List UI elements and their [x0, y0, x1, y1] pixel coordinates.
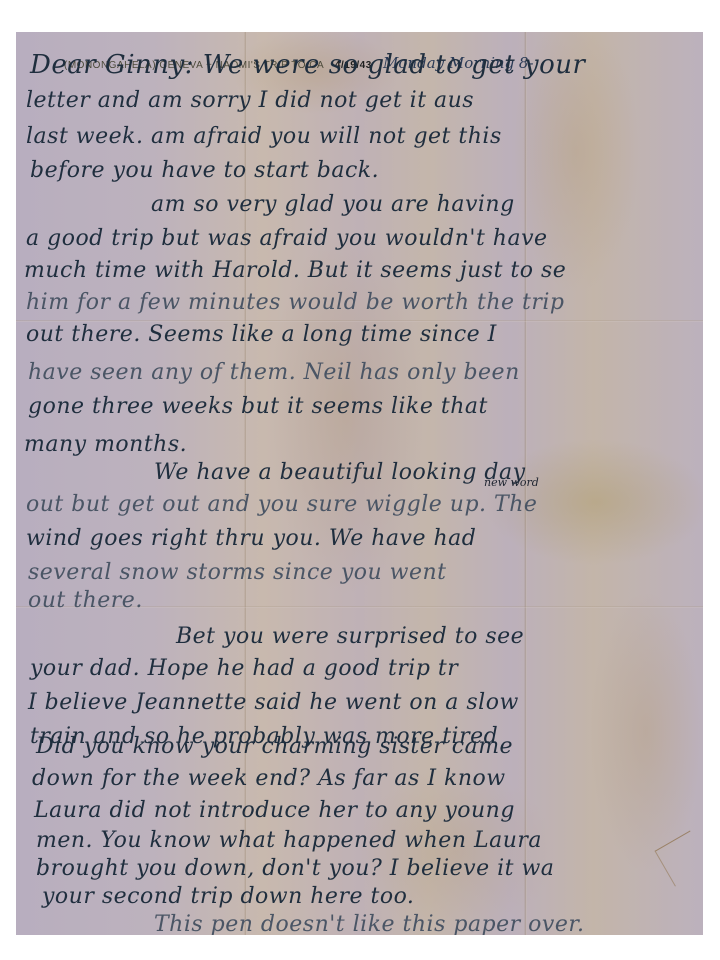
- letter-line: Bet you were surprised to see: [176, 624, 524, 649]
- letter-line: gone three weeks but it seems like that: [28, 394, 488, 419]
- letter-line: am so very glad you are having: [151, 192, 515, 217]
- letter-line: last week. am afraid you will not get th…: [26, 124, 502, 149]
- letter-line: out there.: [28, 588, 143, 613]
- letter-line: several snow storms since you went: [28, 560, 447, 585]
- scanned-letter-page: (MONONGAHELA) GENEVA + NAOMI'S TRIP TO C…: [0, 0, 720, 960]
- letter-line: down for the week end? As far as I know: [32, 766, 506, 791]
- letter-line: Dear Ginny: We were so glad to get your: [30, 50, 585, 80]
- letter-line: I believe Jeannette said he went on a sl…: [28, 690, 519, 715]
- letter-line: out but get out and you sure wiggle up. …: [26, 492, 537, 517]
- letter-line: your dad. Hope he had a good trip tr: [30, 656, 458, 681]
- letter-line: him for a few minutes would be worth the…: [26, 290, 564, 315]
- letter-line: much time with Harold. But it seems just…: [24, 258, 566, 283]
- letter-line: Did you know your charming sister came: [36, 734, 513, 759]
- letter-line: We have a beautiful looking day: [154, 460, 526, 485]
- letter-line: out there. Seems like a long time since …: [26, 322, 497, 347]
- letter-line: before you have to start back.: [30, 158, 379, 183]
- letter-line: men. You know what happened when Laura: [36, 828, 542, 853]
- letter-line: a good trip but was afraid you wouldn't …: [26, 226, 548, 251]
- letter-line: letter and am sorry I did not get it aus: [26, 88, 474, 113]
- letter-paper: (MONONGAHELA) GENEVA + NAOMI'S TRIP TO C…: [16, 32, 703, 935]
- letter-line: brought you down, don't you? I believe i…: [36, 856, 554, 881]
- paper-tear-mark: [654, 830, 703, 886]
- letter-line: many months.: [24, 432, 187, 457]
- interlinear-note: new word: [484, 476, 539, 489]
- letter-line: Laura did not introduce her to any young: [34, 798, 515, 823]
- letter-line: wind goes right thru you. We have had: [26, 526, 476, 551]
- letter-line: This pen doesn't like this paper over.: [154, 912, 584, 935]
- letter-line: have seen any of them. Neil has only bee…: [28, 360, 520, 385]
- letter-line: your second trip down here too.: [42, 884, 414, 909]
